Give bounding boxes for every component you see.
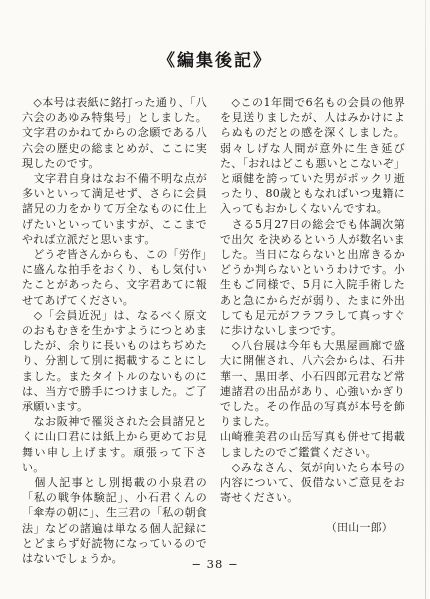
paragraph: 個人記事とし別掲載の小泉君の「私の戦争体験記」、小石君くんの「傘寿の朝に」、生三…: [22, 475, 207, 566]
paragraph: ◇八台展は今年も大黒屋画廊で盛大に開催され、八六会からは、石井華一、黒田孝、小石…: [220, 338, 405, 429]
page-title: 《編集後記》: [0, 46, 430, 71]
paragraph: ◇「会員近況」は、なるべく原文のおもむきを生かすようにつとめましたが、余りに長い…: [22, 308, 207, 414]
paragraph: どうぞ皆さんからも、この「労作」に盛んな拍手をおくり、もし気付いたことがあったら…: [22, 247, 207, 308]
document-page: 《編集後記》 ◇本号は表紙に銘打った通り、「八六会のあゆみ特集号」としました。文…: [0, 0, 430, 599]
page-number: − 38 −: [0, 557, 430, 571]
paragraph: なお阪神で罹災された会員諸兄とくに山口君には紙上から更めてお見舞い申し上げます。…: [22, 414, 207, 475]
two-column-text: ◇本号は表紙に銘打った通り、「八六会のあゆみ特集号」としました。文字君のかねてか…: [0, 95, 430, 566]
paragraph: ◇本号は表紙に銘打った通り、「八六会のあゆみ特集号」としました。文字君のかねてか…: [22, 95, 207, 171]
paragraph: さる5月27日の総会でも体調次第で出欠 を決めるという人が数名いました。当日にな…: [220, 217, 405, 339]
paragraph: ◇この1年間で6名もの会員の他界を見送りましたが、人はみかけによらぬものだとの感…: [220, 95, 405, 217]
right-column: ◇この1年間で6名もの会員の他界を見送りましたが、人はみかけによらぬものだとの感…: [220, 95, 405, 566]
paragraph: ◇みなさん、気が向いたら本号の内容について、仮借ないご意見をお寄せください。: [220, 460, 405, 506]
author-signature: （田山一郎）: [220, 520, 405, 535]
paragraph: 文字君自身はなお不備不明な点が多いといって満足せず、さらに会員諸兄の力をかりて万…: [22, 171, 207, 247]
paragraph: 山崎雅美君の山岳写真も併せて掲載しましたのでご鑑賞ください。: [220, 429, 405, 459]
left-column: ◇本号は表紙に銘打った通り、「八六会のあゆみ特集号」としました。文字君のかねてか…: [22, 95, 207, 566]
scan-edge-line: [425, 0, 426, 599]
